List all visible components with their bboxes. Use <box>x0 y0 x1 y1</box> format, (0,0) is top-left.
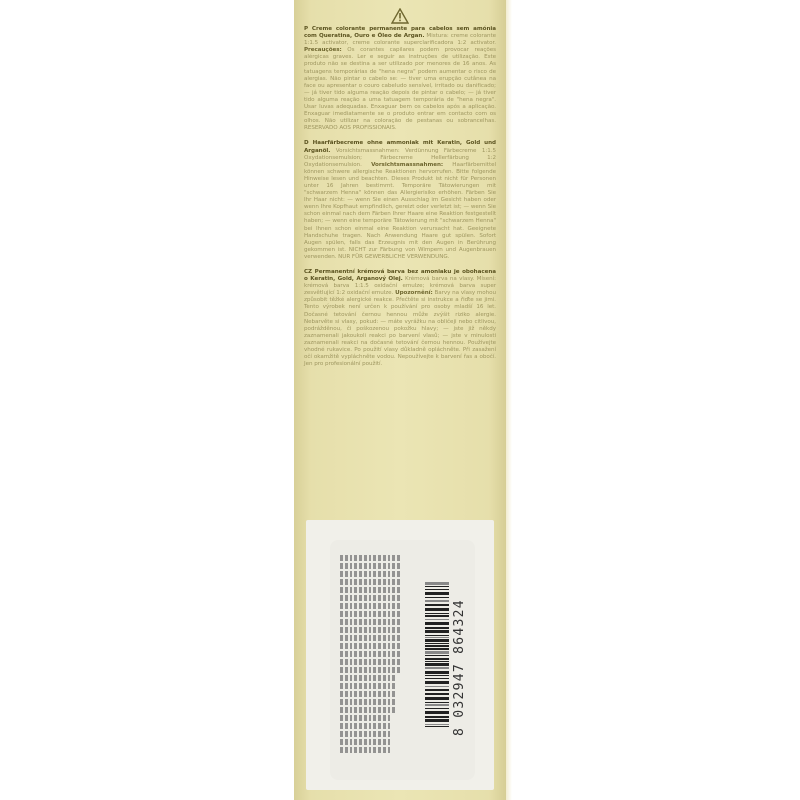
section-portuguese: P Creme colorante permanente para cabelo… <box>304 26 496 132</box>
barcode-number: 8 032947 864324 <box>452 576 466 736</box>
ingredients-text-block <box>340 555 400 755</box>
section-german: D Haarfärbecreme ohne ammoniak mit Kerat… <box>304 140 496 261</box>
section-body: Haarfärbemittel können schwere allergisc… <box>304 162 496 260</box>
section-emphasis: Upozornění: <box>395 290 433 296</box>
section-body: Barvy na vlasy mohou způsobit těžké aler… <box>304 290 496 367</box>
barcode <box>425 580 449 730</box>
instructions-panel: P Creme colorante permanente para cabelo… <box>304 0 496 376</box>
section-emphasis: Precauções: <box>304 47 342 53</box>
section-body: Os corantes capilares podem provocar rea… <box>304 47 496 131</box>
section-emphasis: Vorsichtsmassnahmen: <box>371 162 443 168</box>
section-czech: CZ Permanentní krémová barva bez amoniak… <box>304 269 496 368</box>
warning-triangle-icon <box>391 8 409 24</box>
